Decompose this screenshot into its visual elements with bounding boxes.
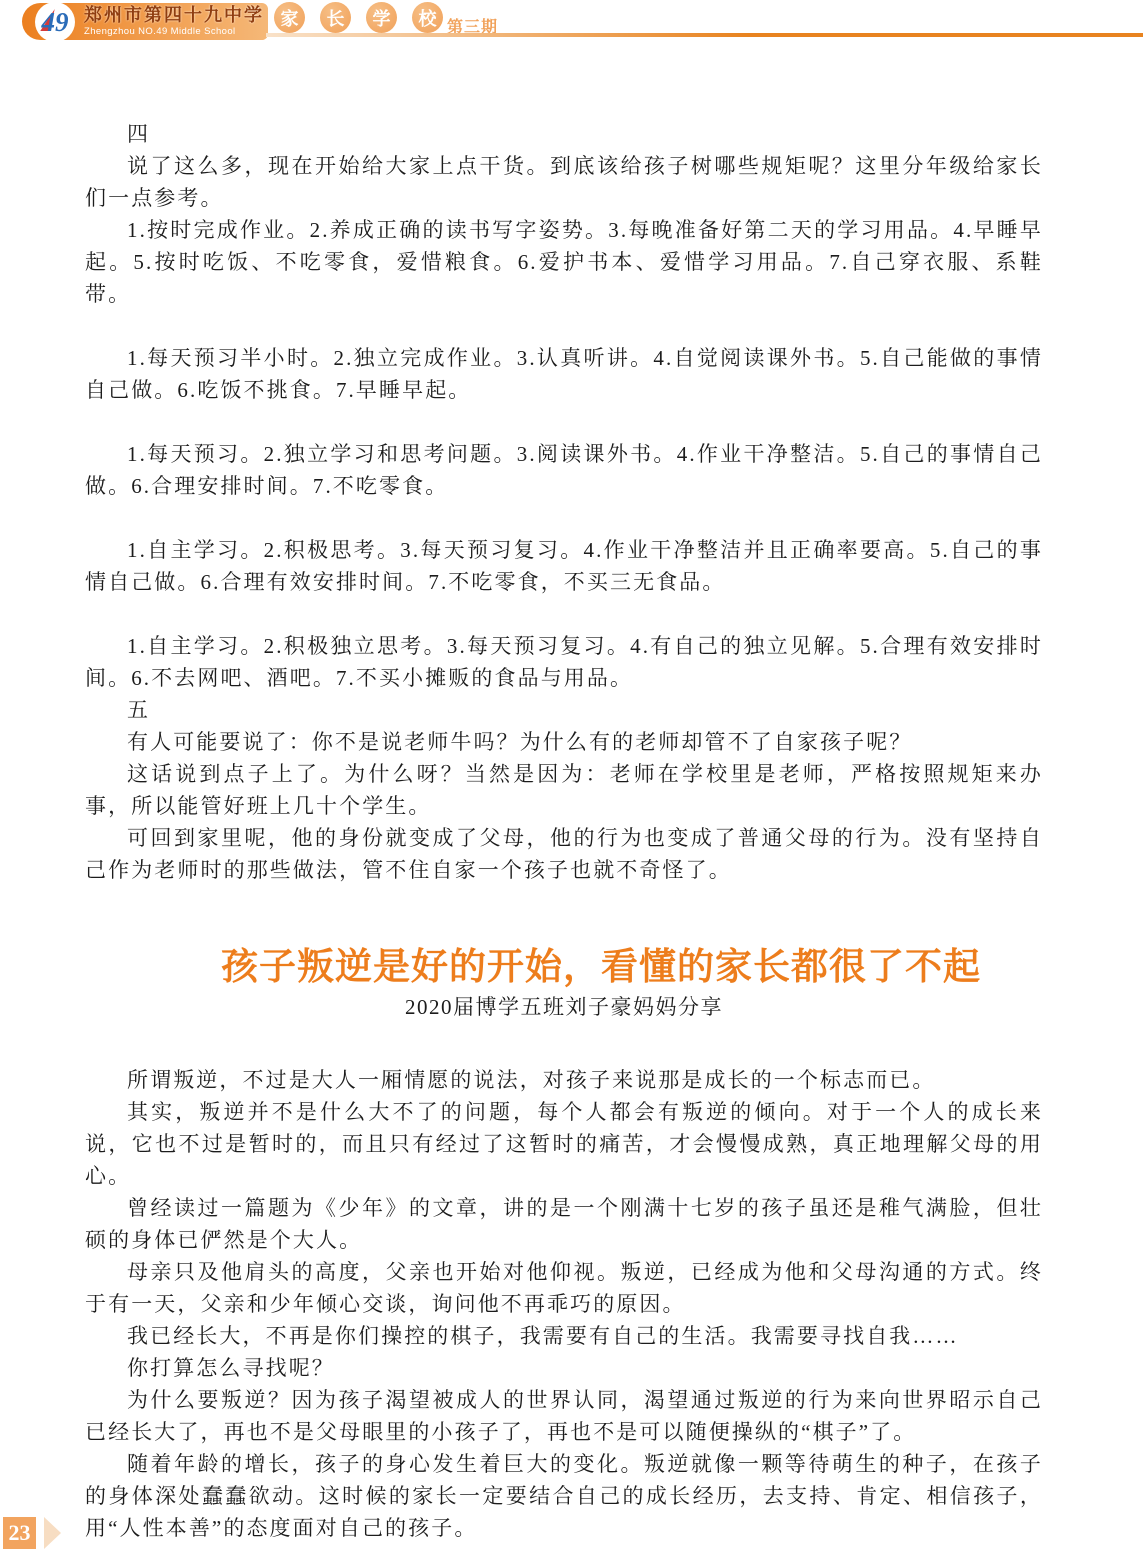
magazine-page: 49 郑州市第四十九中学 Zhengzhou NO.49 Middle Scho… — [0, 0, 1143, 1553]
spacer — [85, 310, 1043, 342]
rules-list-grade1: 1.按时完成作业。2.养成正确的读书写字姿势。3.每晚准备好第二天的学习用品。4… — [85, 214, 1043, 310]
page-footer: 23 — [0, 1513, 120, 1549]
article2-paragraph-4: 母亲只及他肩头的高度，父亲也开始对他仰视。叛逆，已经成为他和父母沟通的方式。终于… — [85, 1256, 1043, 1320]
rules-list-grade2: 1.每天预习半小时。2.独立完成作业。3.认真听讲。4.自觉阅读课外书。5.自己… — [85, 342, 1043, 406]
article2-paragraph-6: 你打算怎么寻找呢？ — [85, 1352, 1043, 1384]
article2-body: 所谓叛逆，不过是大人一厢情愿的说法，对孩子来说那是成长的一个标志而已。 其实，叛… — [85, 1064, 1043, 1544]
page-content: 四 说了这么多，现在开始给大家上点干货。到底该给孩子树哪些规矩呢？这里分年级给家… — [85, 118, 1043, 1544]
school-logo: 49 — [35, 2, 75, 42]
logo-number: 49 — [42, 9, 69, 36]
article2-paragraph-7: 为什么要叛逆？因为孩子渴望被成人的世界认同，渴望通过叛逆的行为来向世界昭示自己已… — [85, 1384, 1043, 1448]
school-name-block: 郑州市第四十九中学 Zhengzhou NO.49 Middle School — [84, 6, 264, 37]
article2-paragraph-2: 其实，叛逆并不是什么大不了的问题，每个人都会有叛逆的倾向。对于一个人的成长来说，… — [85, 1096, 1043, 1192]
school-banner: 49 郑州市第四十九中学 Zhengzhou NO.49 Middle Scho… — [22, 3, 268, 40]
page-header: 49 郑州市第四十九中学 Zhengzhou NO.49 Middle Scho… — [0, 0, 1143, 42]
article1-intro-paragraph: 说了这么多，现在开始给大家上点干货。到底该给孩子树哪些规矩呢？这里分年级给家长们… — [85, 150, 1043, 214]
masthead-badges: 家 长 学 校 — [274, 2, 443, 33]
section5-paragraph-1: 有人可能要说了：你不是说老师牛吗？为什么有的老师却管不了自家孩子呢？ — [85, 726, 1043, 758]
header-divider — [266, 33, 1143, 37]
article2-title: 孩子叛逆是好的开始，看懂的家长都很了不起 — [85, 944, 1043, 992]
article2-paragraph-8: 随着年龄的增长，孩子的身心发生着巨大的变化。叛逆就像一颗等待萌生的种子，在孩子的… — [85, 1448, 1043, 1544]
spacer — [85, 502, 1043, 534]
article2-header: 孩子叛逆是好的开始，看懂的家长都很了不起 2020届博学五班刘子豪妈妈分享 — [85, 944, 1043, 1024]
school-name-chinese: 郑州市第四十九中学 — [84, 6, 264, 25]
page-number-box: 23 — [3, 1517, 36, 1549]
article2-paragraph-1: 所谓叛逆，不过是大人一厢情愿的说法，对孩子来说那是成长的一个标志而已。 — [85, 1064, 1043, 1096]
article2-byline: 2020届博学五班刘子豪妈妈分享 — [85, 992, 1043, 1024]
page-number: 23 — [9, 1520, 31, 1546]
badge-xiao: 校 — [412, 2, 443, 33]
article2-paragraph-5: 我已经长大，不再是你们操控的棋子，我需要有自己的生活。我需要寻找自我…… — [85, 1320, 1043, 1352]
section5-paragraph-3: 可回到家里呢，他的身份就变成了父母，他的行为也变成了普通父母的行为。没有坚持自己… — [85, 822, 1043, 886]
section-marker-4: 四 — [85, 118, 1043, 150]
rules-list-grade3: 1.每天预习。2.独立学习和思考问题。3.阅读课外书。4.作业干净整洁。5.自己… — [85, 438, 1043, 502]
article2-paragraph-3: 曾经读过一篇题为《少年》的文章，讲的是一个刚满十七岁的孩子虽还是稚气满脸，但壮硕… — [85, 1192, 1043, 1256]
badge-zhang: 长 — [320, 2, 351, 33]
rules-list-grade4: 1.自主学习。2.积极思考。3.每天预习复习。4.作业干净整洁并且正确率要高。5… — [85, 534, 1043, 598]
spacer — [85, 598, 1043, 630]
school-name-english: Zhengzhou NO.49 Middle School — [84, 27, 264, 37]
section-marker-5: 五 — [85, 694, 1043, 726]
rules-list-grade5: 1.自主学习。2.积极独立思考。3.每天预习复习。4.有自己的独立见解。5.合理… — [85, 630, 1043, 694]
badge-jia: 家 — [274, 2, 305, 33]
footer-arrow-icon — [44, 1517, 61, 1549]
badge-xue: 学 — [366, 2, 397, 33]
spacer — [85, 406, 1043, 438]
section5-paragraph-2: 这话说到点子上了。为什么呀？当然是因为：老师在学校里是老师，严格按照规矩来办事，… — [85, 758, 1043, 822]
